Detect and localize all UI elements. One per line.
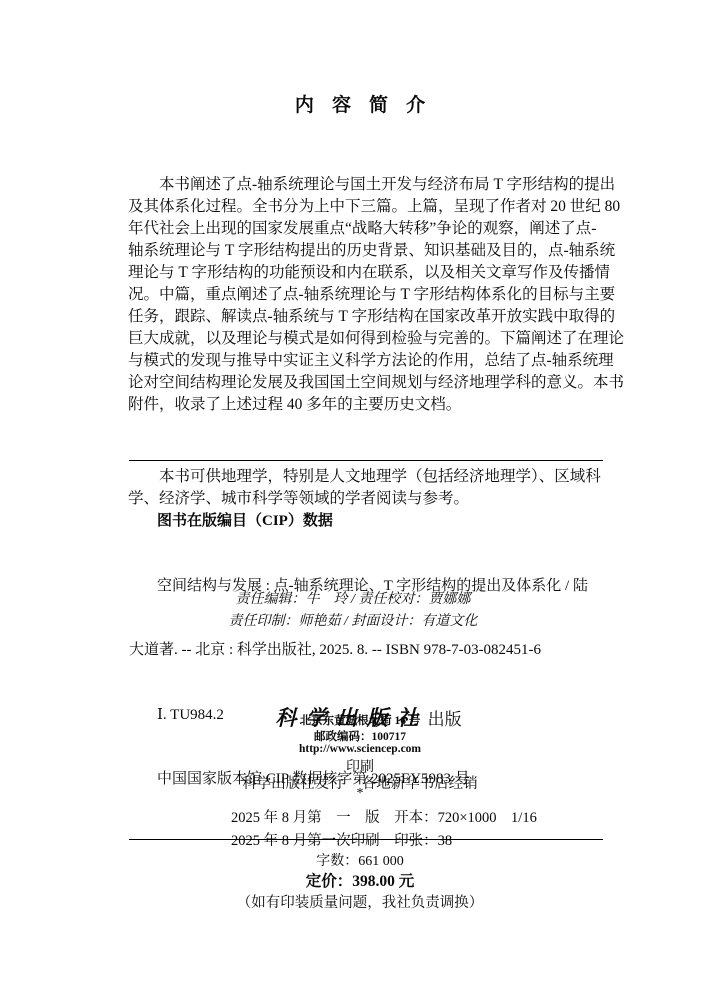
cip-heading: 图书在版编目（CIP）数据	[129, 511, 603, 533]
credits-line-editors: 责任编辑：牛 玲 / 责任校对：贾娜娜	[0, 589, 706, 611]
publisher-website: http://www.sciencep.com	[0, 743, 720, 755]
credits-line-printing-design: 责任印制：师艳茹 / 封面设计：有道文化	[0, 611, 706, 633]
publisher-address: 北京东黄城根北街 16 号	[0, 712, 720, 728]
quality-note-line: （如有印装质量问题，我社负责调换）	[0, 891, 720, 912]
separator-asterisk: *	[0, 786, 720, 802]
cip-record-line-2: 大道著. -- 北京 : 科学出版社, 2025. 8. -- ISBN 978…	[129, 640, 603, 662]
word-count-line: 字数：661 000	[0, 850, 720, 870]
content-summary-title: 内容简介	[0, 90, 720, 117]
price-line: 定价：398.00 元	[0, 869, 720, 891]
content-summary-paragraph: 本书阐述了点-轴系统理论与国土开发与经济布局 T 字形结构的提出 及其体系化过程…	[128, 174, 628, 416]
staff-credits: 责任编辑：牛 玲 / 责任校对：贾娜娜 责任印制：师艳茹 / 封面设计：有道文化	[0, 589, 706, 633]
impression-line: 2025 年 8 月第一次印刷 印张：38	[231, 829, 452, 850]
copyright-page: 内容简介 本书阐述了点-轴系统理论与国土开发与经济布局 T 字形结构的提出 及其…	[0, 0, 720, 1000]
publisher-postcode: 邮政编码：100717	[0, 728, 720, 744]
edition-line: 2025 年 8 月第 一 版 开本：720×1000 1/16	[231, 806, 537, 827]
